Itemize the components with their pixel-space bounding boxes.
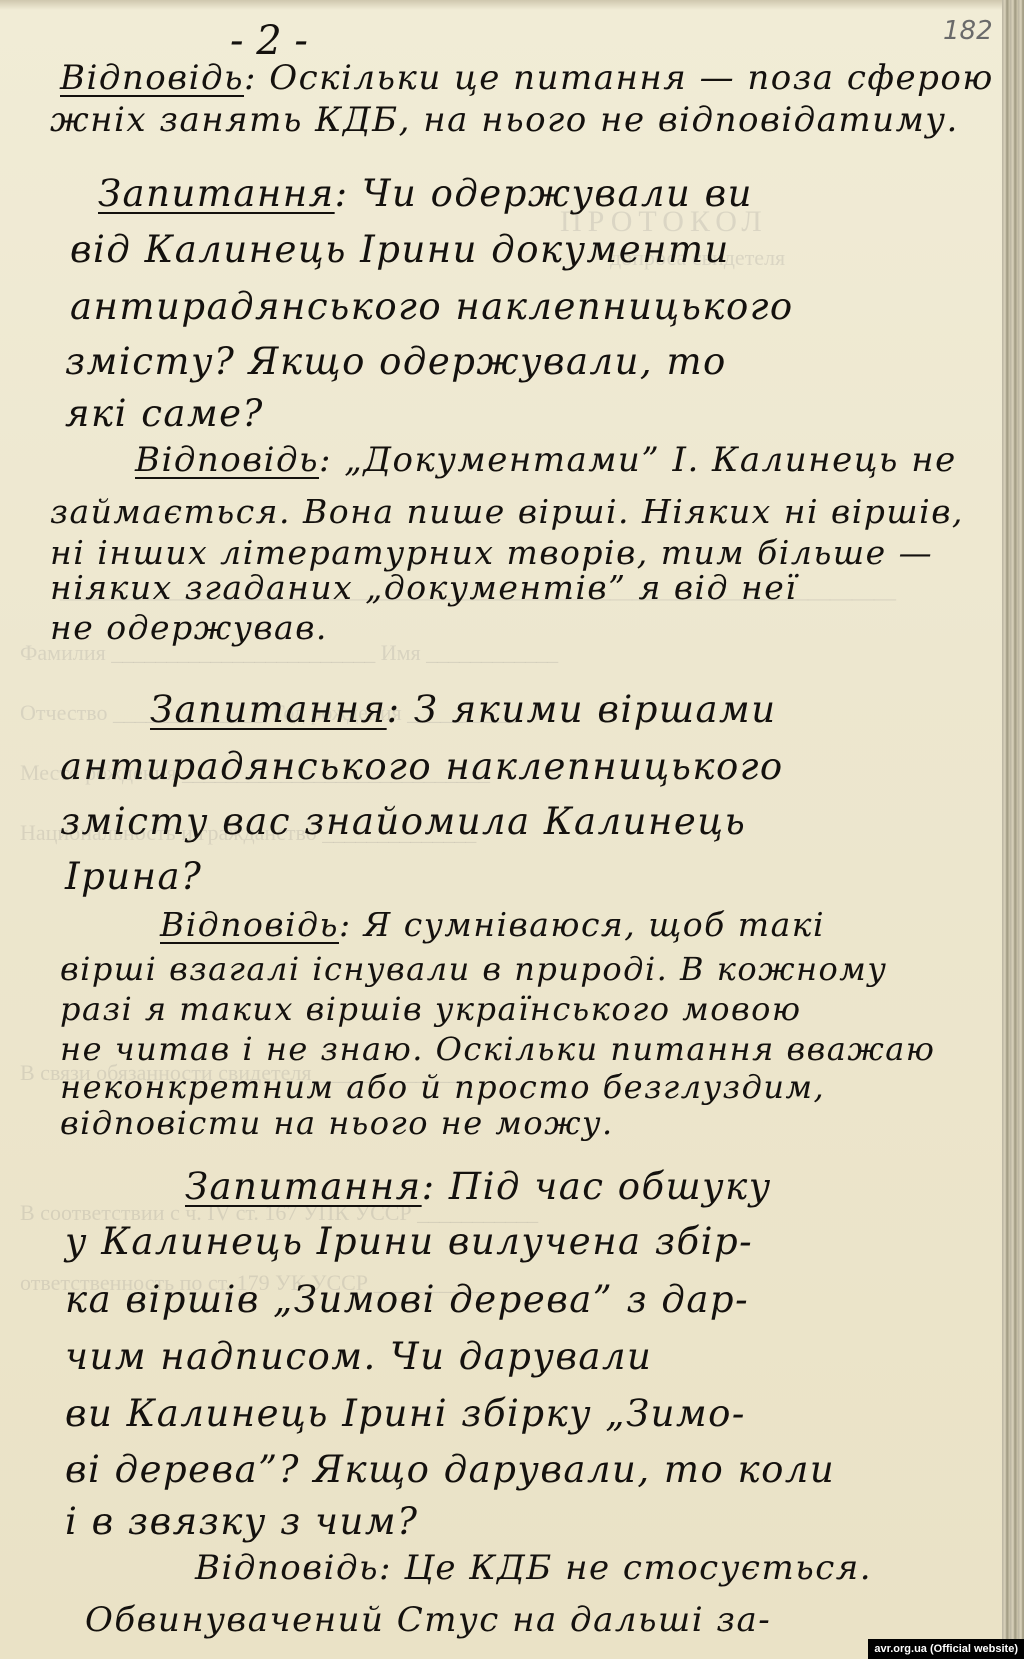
handwritten-line: Запитання: З якими віршами: [150, 688, 777, 731]
question-label: Запитання: [185, 1165, 422, 1208]
handwritten-line: разі я таких віршів українського мовою: [60, 990, 802, 1028]
handwritten-line: Відповідь: Це КДБ не стосується.: [195, 1548, 872, 1588]
handwritten-line: змісту вас знайомила Калинець: [60, 800, 746, 843]
handwritten-line: ві дерева”? Якщо дарували, то коли: [65, 1448, 835, 1491]
question-label: Запитання: [150, 688, 387, 731]
archive-folio-number: 182: [943, 16, 993, 46]
archival-document-page: ПРОТОКОЛ допроса свидетеля —————————————…: [0, 0, 1004, 1659]
handwritten-line: чим надписом. Чи дарували: [65, 1335, 652, 1378]
handwritten-line: які саме?: [65, 392, 264, 435]
handwritten-line: ка віршів „Зимові дерева” з дар-: [65, 1278, 749, 1321]
handwritten-line: антирадянського наклепницького: [60, 745, 784, 788]
handwritten-line: Обвинувачений Стус на дальші за-: [85, 1600, 771, 1640]
handwritten-line: Ірина?: [65, 855, 202, 898]
handwritten-line: не одержував.: [50, 608, 328, 647]
question-label: Запитання: [98, 172, 335, 215]
page-top-shadow: [0, 0, 1024, 10]
answer-label: Відповідь: [60, 58, 244, 98]
handwritten-line: жніх занять КДБ, на нього не відповідати…: [50, 100, 959, 140]
handwritten-line: ніяких згаданих „документів” я від неї: [50, 568, 797, 607]
book-page-edges: [1002, 0, 1024, 1659]
answer-label: Відповідь: [195, 1548, 379, 1588]
handwritten-line: змісту? Якщо одержували, то: [65, 340, 727, 383]
handwritten-line: від Калинець Ірини документи: [70, 228, 730, 271]
handwritten-line: вірші взагалі існували в природі. В кожн…: [60, 950, 887, 988]
handwritten-line: ні інших літературних творів, тим більше…: [50, 533, 933, 572]
handwritten-line: Запитання: Під час обшуку: [185, 1165, 772, 1208]
handwritten-line: відповісти на нього не можу.: [60, 1104, 614, 1142]
handwritten-line: ви Калинець Ірині збірку „Зимо-: [65, 1392, 746, 1435]
handwritten-line: Відповідь: „Документами” І. Калинець не: [135, 440, 957, 480]
handwritten-line: не читав і не знаю. Оскільки питання вва…: [60, 1030, 935, 1068]
handwritten-line: Відповідь: Я сумніваюся, щоб такі: [160, 905, 825, 944]
handwritten-line: у Калинець Ірини вилучена збір-: [65, 1220, 753, 1263]
source-watermark: avr.org.ua (Official website): [868, 1639, 1024, 1659]
handwritten-line: неконкретним або й просто безглуздим,: [60, 1068, 825, 1106]
handwritten-line: займається. Вона пише вірші. Ніяких ні в…: [50, 492, 964, 531]
answer-label: Відповідь: [135, 440, 319, 480]
handwritten-line: Запитання: Чи одержували ви: [98, 172, 753, 215]
handwritten-line: Відповідь: Оскільки це питання — поза сф…: [60, 58, 1024, 98]
handwritten-line: антирадянського наклепницького: [70, 285, 794, 328]
handwritten-line: і в звязку з чим?: [65, 1500, 418, 1543]
answer-label: Відповідь: [160, 905, 339, 944]
